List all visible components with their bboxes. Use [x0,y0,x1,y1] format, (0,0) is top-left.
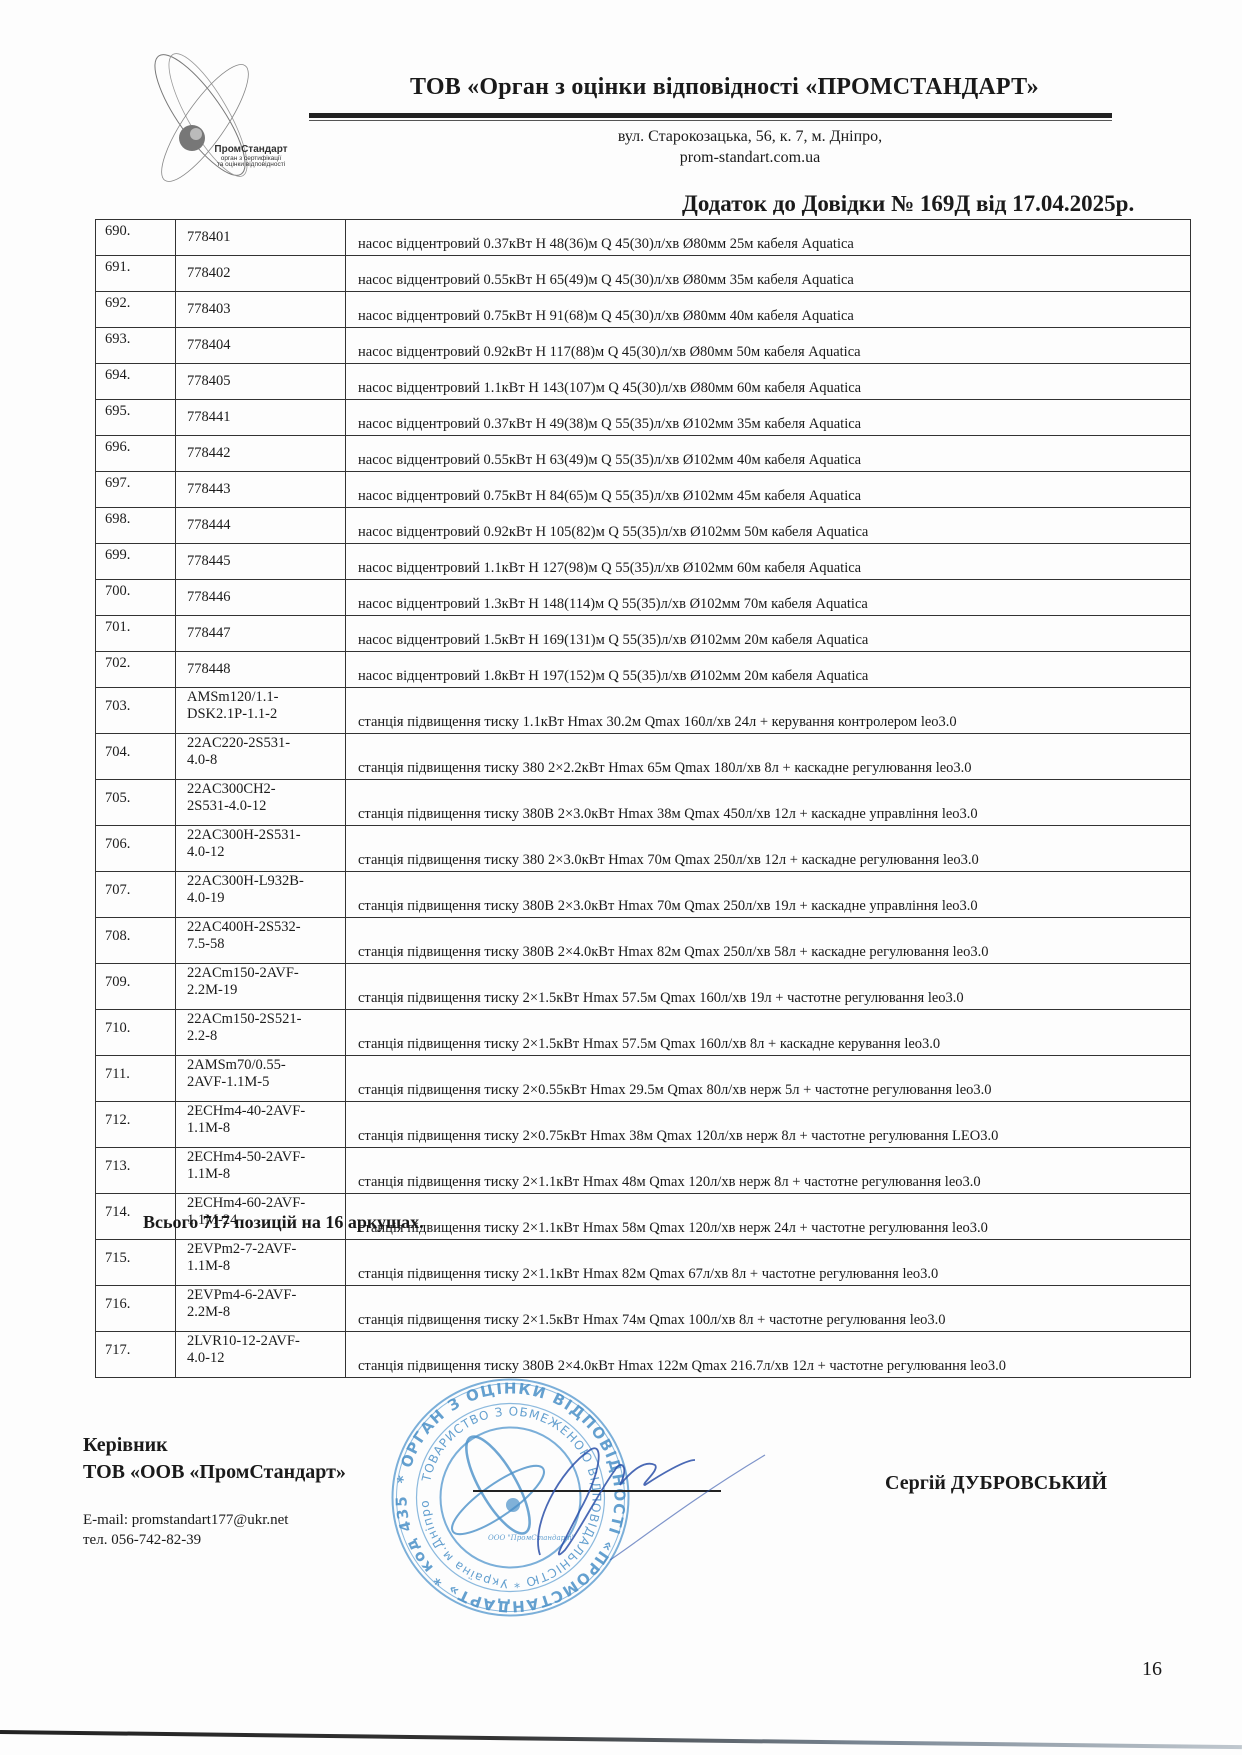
row-number: 690. [96,220,176,256]
row-number: 700. [96,580,176,616]
item-code: 2EVPm4-6-2AVF-2.2M-8 [176,1286,346,1332]
item-code: 2EVPm2-7-2AVF-1.1M-8 [176,1240,346,1286]
item-code: 2LVR10-12-2AVF-4.0-12 [176,1332,346,1378]
item-code-line: 2ECHm4-40-2AVF- [187,1103,341,1120]
item-description: станція підвищення тиску 2×1.1кВт Hmax 4… [346,1148,1191,1194]
row-number: 711. [96,1056,176,1102]
row-number: 696. [96,436,176,472]
item-description: станція підвищення тиску 2×0.75кВт Hmax … [346,1102,1191,1148]
item-code: 778444 [176,508,346,544]
item-description: станція підвищення тиску 380 2×2.2кВт Hm… [346,734,1191,780]
item-code: 22ACm150-2S521-2.2-8 [176,1010,346,1056]
row-number: 705. [96,780,176,826]
table-row: 716.2EVPm4-6-2AVF-2.2M-8станція підвищен… [96,1286,1191,1332]
table-row: 708.22AC400H-2S532-7.5-58станція підвище… [96,918,1191,964]
row-number: 698. [96,508,176,544]
signer-organization: ТОВ «ООВ «ПромСтандарт» [83,1459,346,1486]
table-row: 698.778444насос відцентровий 0.92кВт H 1… [96,508,1191,544]
row-number: 699. [96,544,176,580]
item-code: 22AC220-2S531-4.0-8 [176,734,346,780]
table-row: 705.22AC300CH2-2S531-4.0-12станція підви… [96,780,1191,826]
item-description: насос відцентровий 0.75кВт H 91(68)м Q 4… [346,292,1191,328]
item-description: насос відцентровий 0.37кВт H 48(36)м Q 4… [346,220,1191,256]
item-code-line: 2AVF-1.1M-5 [187,1074,341,1091]
company-logo: ПромСтандарт орган з сертифікації та оці… [130,45,290,195]
item-description: насос відцентровий 0.92кВт H 105(82)м Q … [346,508,1191,544]
item-code-line: 22ACm150-2S521- [187,1011,341,1028]
addendum-title: Додаток до Довідки № 169Д від 17.04.2025… [682,191,1134,217]
item-code-line: 22AC400H-2S532- [187,919,341,936]
item-code: 22AC300H-L932B-4.0-19 [176,872,346,918]
item-description: станція підвищення тиску 1.1кВт Hmax 30.… [346,688,1191,734]
item-code: 778404 [176,328,346,364]
item-code-line: 2ECHm4-60-2AVF- [187,1195,341,1212]
signer-role: Керівник ТОВ «ООВ «ПромСтандарт» [83,1432,346,1486]
item-description: насос відцентровий 1.1кВт H 143(107)м Q … [346,364,1191,400]
item-code: 778401 [176,220,346,256]
table-row: 703.AMSm120/1.1-DSK2.1P-1.1-2станція під… [96,688,1191,734]
item-code-line: 1.1M-8 [187,1258,341,1275]
item-description: насос відцентровий 0.55кВт H 63(49)м Q 5… [346,436,1191,472]
item-code: 778442 [176,436,346,472]
table-row: 701.778447насос відцентровий 1.5кВт H 16… [96,616,1191,652]
item-code: 778447 [176,616,346,652]
page-number: 16 [1142,1658,1162,1681]
item-code-line: 2EVPm4-6-2AVF- [187,1287,341,1304]
item-code: 778446 [176,580,346,616]
row-number: 706. [96,826,176,872]
table-row: 690.778401насос відцентровий 0.37кВт H 4… [96,220,1191,256]
row-number: 691. [96,256,176,292]
row-number: 692. [96,292,176,328]
item-code-line: 7.5-58 [187,936,341,953]
table-row: 695.778441насос відцентровий 0.37кВт H 4… [96,400,1191,436]
item-code: 22AC300CH2-2S531-4.0-12 [176,780,346,826]
item-description: станція підвищення тиску 2×1.5кВт Hmax 5… [346,964,1191,1010]
total-summary: Всього 717 позицій на 16 аркушах. [143,1212,424,1233]
item-code-line: 2AMSm70/0.55- [187,1057,341,1074]
item-code: 22AC300H-2S531-4.0-12 [176,826,346,872]
logo-caption: ПромСтандарт орган з сертифікації та оці… [206,145,296,169]
item-code-line: 22ACm150-2AVF- [187,965,341,982]
table-row: 709.22ACm150-2AVF-2.2M-19станція підвище… [96,964,1191,1010]
item-code-line: 22AC300CH2- [187,781,341,798]
row-number: 704. [96,734,176,780]
item-code: 778445 [176,544,346,580]
table-row: 699.778445насос відцентровий 1.1кВт H 12… [96,544,1191,580]
item-description: станція підвищення тиску 380 2×3.0кВт Hm… [346,826,1191,872]
table-row: 700.778446насос відцентровий 1.3кВт H 14… [96,580,1191,616]
table-row: 712.2ECHm4-40-2AVF-1.1M-8станція підвище… [96,1102,1191,1148]
logo-subtitle-2: та оцінки відповідності [206,162,296,169]
organization-address: вул. Старокозацька, 56, к. 7, м. Дніпро, [570,128,930,146]
item-description: насос відцентровий 1.5кВт H 169(131)м Q … [346,616,1191,652]
item-code-line: 2.2M-8 [187,1304,341,1321]
header-divider [309,113,1112,118]
row-number: 703. [96,688,176,734]
signer-name: Сергій ДУБРОВСЬКИЙ [885,1472,1107,1495]
table-row: 710.22ACm150-2S521-2.2-8станція підвищен… [96,1010,1191,1056]
table-row: 713.2ECHm4-50-2AVF-1.1M-8станція підвище… [96,1148,1191,1194]
item-description: станція підвищення тиску 2×1.5кВт Hmax 5… [346,1010,1191,1056]
item-code-line: 4.0-8 [187,752,341,769]
row-number: 694. [96,364,176,400]
item-description: насос відцентровий 0.75кВт H 84(65)м Q 5… [346,472,1191,508]
table-row: 696.778442насос відцентровий 0.55кВт H 6… [96,436,1191,472]
item-description: насос відцентровий 1.8кВт H 197(152)м Q … [346,652,1191,688]
organization-title: ТОВ «Орган з оцінки відповідності «ПРОМС… [410,74,1039,101]
orbit-globe-icon [130,45,290,195]
item-description: станція підвищення тиску 2×1.1кВт Hmax 8… [346,1240,1191,1286]
item-code: 778405 [176,364,346,400]
organization-website: prom-standart.com.ua [570,149,930,167]
table-row: 702.778448насос відцентровий 1.8кВт H 19… [96,652,1191,688]
item-code: 778443 [176,472,346,508]
row-number: 693. [96,328,176,364]
row-number: 713. [96,1148,176,1194]
item-code-line: 4.0-12 [187,1350,341,1367]
row-number: 712. [96,1102,176,1148]
item-code-line: 4.0-12 [187,844,341,861]
item-description: насос відцентровий 0.55кВт H 65(49)м Q 4… [346,256,1191,292]
row-number: 708. [96,918,176,964]
item-code: AMSm120/1.1-DSK2.1P-1.1-2 [176,688,346,734]
handwritten-signature [520,1430,780,1570]
item-description: станція підвищення тиску 380В 2×3.0кВт H… [346,872,1191,918]
table-row: 715.2EVPm2-7-2AVF-1.1M-8станція підвищен… [96,1240,1191,1286]
row-number: 702. [96,652,176,688]
row-number: 695. [96,400,176,436]
table-row: 706.22AC300H-2S531-4.0-12станція підвище… [96,826,1191,872]
table-row: 704.22AC220-2S531-4.0-8станція підвищенн… [96,734,1191,780]
item-code-line: 2ECHm4-50-2AVF- [187,1149,341,1166]
item-code-line: 1.1M-8 [187,1166,341,1183]
logo-brand: ПромСтандарт [206,145,296,156]
row-number: 697. [96,472,176,508]
table-row: 692.778403насос відцентровий 0.75кВт H 9… [96,292,1191,328]
item-description: станція підвищення тиску 380В 2×4.0кВт H… [346,918,1191,964]
item-code-line: 2S531-4.0-12 [187,798,341,815]
item-code: 2AMSm70/0.55-2AVF-1.1M-5 [176,1056,346,1102]
table-row: 693.778404насос відцентровий 0.92кВт H 1… [96,328,1191,364]
item-code-line: 4.0-19 [187,890,341,907]
item-description: станція підвищення тиску 2×1.1кВт Hmax 5… [346,1194,1191,1240]
contact-email: E-mail: promstandart177@ukr.net [83,1510,288,1530]
item-code-line: 22AC220-2S531- [187,735,341,752]
item-description: станція підвищення тиску 2×1.5кВт Hmax 7… [346,1286,1191,1332]
item-code-line: 22AC300H-L932B- [187,873,341,890]
table-row: 691.778402насос відцентровий 0.55кВт H 6… [96,256,1191,292]
item-code: 778402 [176,256,346,292]
item-code-line: 2LVR10-12-2AVF- [187,1333,341,1350]
row-number: 701. [96,616,176,652]
row-number: 717. [96,1332,176,1378]
item-code: 22ACm150-2AVF-2.2M-19 [176,964,346,1010]
row-number: 707. [96,872,176,918]
item-description: насос відцентровий 1.1кВт H 127(98)м Q 5… [346,544,1191,580]
signer-role-line: Керівник [83,1432,346,1459]
item-description: станція підвищення тиску 380В 2×3.0кВт H… [346,780,1191,826]
item-code-line: AMSm120/1.1- [187,689,341,706]
table-row: 711.2AMSm70/0.55-2AVF-1.1M-5станція підв… [96,1056,1191,1102]
item-code-line: DSK2.1P-1.1-2 [187,706,341,723]
signature-scribble-icon [520,1430,780,1570]
table-row: 707.22AC300H-L932B-4.0-19станція підвище… [96,872,1191,918]
item-code: 778441 [176,400,346,436]
row-number: 716. [96,1286,176,1332]
item-code: 778403 [176,292,346,328]
item-description: станція підвищення тиску 2×0.55кВт Hmax … [346,1056,1191,1102]
scan-edge-shadow [0,1730,1242,1749]
item-description: насос відцентровий 0.37кВт H 49(38)м Q 5… [346,400,1191,436]
item-code-line: 2.2-8 [187,1028,341,1045]
item-code: 2ECHm4-40-2AVF-1.1M-8 [176,1102,346,1148]
item-code-line: 2.2M-19 [187,982,341,999]
row-number: 715. [96,1240,176,1286]
item-code-line: 22AC300H-2S531- [187,827,341,844]
table-row: 697.778443насос відцентровий 0.75кВт H 8… [96,472,1191,508]
header-divider-thin [309,120,1112,121]
item-code: 22AC400H-2S532-7.5-58 [176,918,346,964]
items-table: 690.778401насос відцентровий 0.37кВт H 4… [95,219,1191,1378]
item-description: станція підвищення тиску 380В 2×4.0кВт H… [346,1332,1191,1378]
row-number: 709. [96,964,176,1010]
item-description: насос відцентровий 1.3кВт H 148(114)м Q … [346,580,1191,616]
table-row: 717.2LVR10-12-2AVF-4.0-12станція підвище… [96,1332,1191,1378]
contact-phone: тел. 056-742-82-39 [83,1530,288,1550]
row-number: 710. [96,1010,176,1056]
item-code-line: 2EVPm2-7-2AVF- [187,1241,341,1258]
item-code: 2ECHm4-50-2AVF-1.1M-8 [176,1148,346,1194]
table-row: 694.778405насос відцентровий 1.1кВт H 14… [96,364,1191,400]
item-code: 778448 [176,652,346,688]
contact-info: E-mail: promstandart177@ukr.net тел. 056… [83,1510,288,1550]
item-description: насос відцентровий 0.92кВт H 117(88)м Q … [346,328,1191,364]
item-code-line: 1.1M-8 [187,1120,341,1137]
